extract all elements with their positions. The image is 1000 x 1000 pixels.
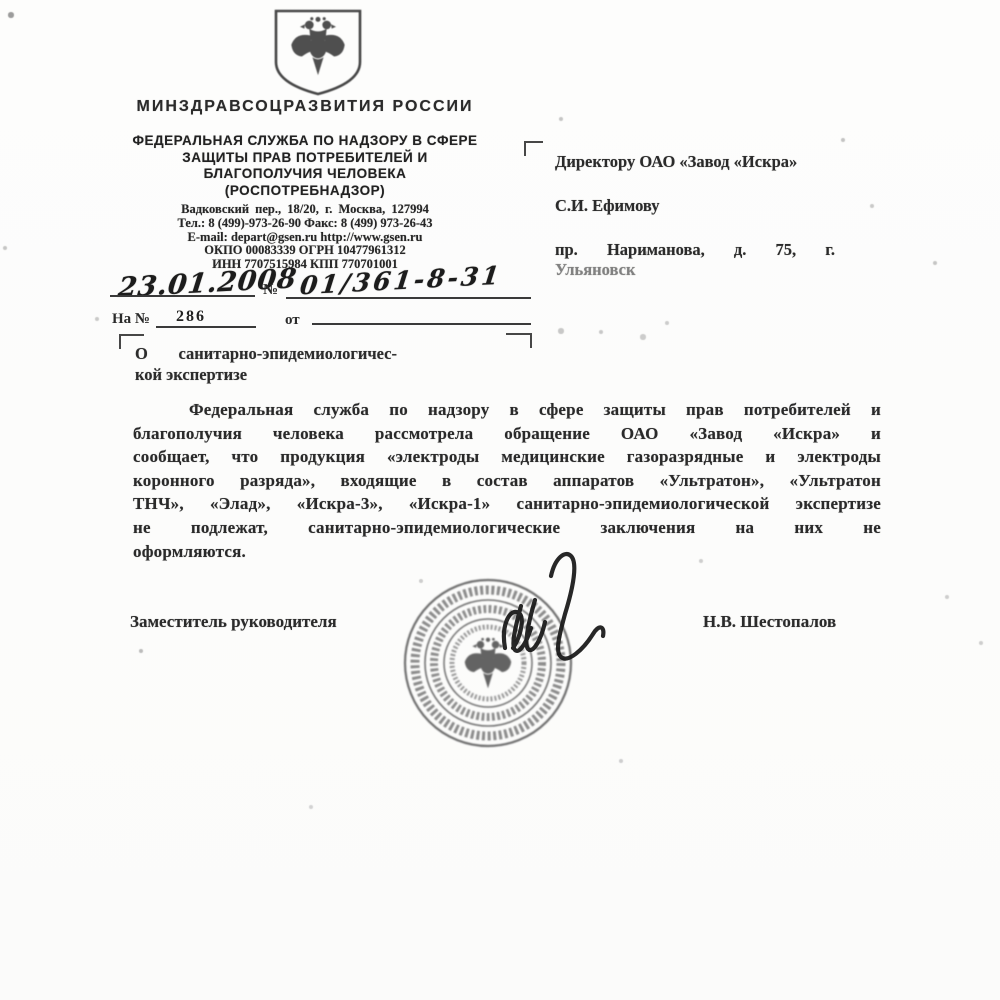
incoming-number: 286 (176, 308, 206, 326)
official-seal-icon (385, 548, 620, 788)
incoming-underline (156, 326, 256, 328)
scan-noise (0, 0, 2, 2)
postal-address: Вадковский пер., 18/20, г. Москва, 12799… (95, 203, 515, 217)
contact-block: Вадковский пер., 18/20, г. Москва, 12799… (95, 203, 515, 272)
okpo-ogrn: ОКПО 00083339 ОГРН 10477961312 (95, 244, 515, 258)
email-site: E-mail: depart@gsen.ru http://www.gsen.r… (95, 231, 515, 245)
subject-line-2: кой экспертизе (135, 364, 397, 385)
subject-corner-bracket-right (506, 333, 532, 348)
number-sign: № (263, 282, 278, 299)
addressee-position: Директору ОАО «Завод «Искра» (555, 152, 835, 172)
phone-fax: Тел.: 8 (499)-973-26-90 Факс: 8 (499) 97… (95, 217, 515, 231)
scanned-letter-page: { "letterhead": { "ministry": "МИНЗДРАВС… (0, 0, 1000, 1000)
from-date-label: от (285, 312, 300, 329)
agency-name-block: ФЕДЕРАЛЬНАЯ СЛУЖБА ПО НАДЗОРУ В СФЕРЕ ЗА… (95, 133, 515, 199)
agency-line-4: (РОСПОТРЕБНАДЗОР) (95, 183, 515, 200)
subject-line-1: О санитарно-эпидемиологичес- (135, 343, 397, 364)
body-line: не подлежат, санитарно-эпидемиологически… (133, 516, 881, 540)
from-date-underline (312, 323, 531, 325)
addressee-block: Директору ОАО «Завод «Искра» С.И. Ефимов… (555, 152, 835, 280)
coat-of-arms-icon (262, 6, 374, 105)
signer-title: Заместитель руководителя (130, 612, 337, 632)
agency-line-3: БЛАГОПОЛУЧИЯ ЧЕЛОВЕКА (95, 166, 515, 183)
ministry-name: МИНЗДРАВСОЦРАЗВИТИЯ РОССИИ (95, 98, 515, 116)
addressee-name: С.И. Ефимову (555, 196, 835, 216)
addressee-city: Ульяновск (555, 260, 835, 280)
date-underline (110, 295, 255, 297)
body-line: благополучия человека рассмотрела обраще… (133, 422, 881, 446)
body-line: сообщает, что продукция «электроды медиц… (133, 445, 881, 469)
body-line: коронного разряда», входящие в состав ап… (133, 469, 881, 493)
number-underline (286, 297, 531, 299)
addressee-street: пр. Нариманова, д. 75, г. (555, 240, 835, 260)
agency-line-2: ЗАЩИТЫ ПРАВ ПОТРЕБИТЕЛЕЙ И (95, 150, 515, 167)
body-paragraph: Федеральная служба по надзору в сфере за… (133, 398, 881, 563)
signer-name: Н.В. Шестопалов (703, 612, 836, 632)
body-line: ТНЧ», «Элад», «Искра-3», «Искра-1» санит… (133, 492, 881, 516)
subject-block: О санитарно-эпидемиологичес- кой эксперт… (135, 343, 397, 385)
body-line: Федеральная служба по надзору в сфере за… (133, 398, 881, 422)
incoming-ref-label: На № (112, 311, 150, 328)
agency-line-1: ФЕДЕРАЛЬНАЯ СЛУЖБА ПО НАДЗОРУ В СФЕРЕ (95, 133, 515, 150)
addressee-corner-bracket (524, 141, 543, 156)
